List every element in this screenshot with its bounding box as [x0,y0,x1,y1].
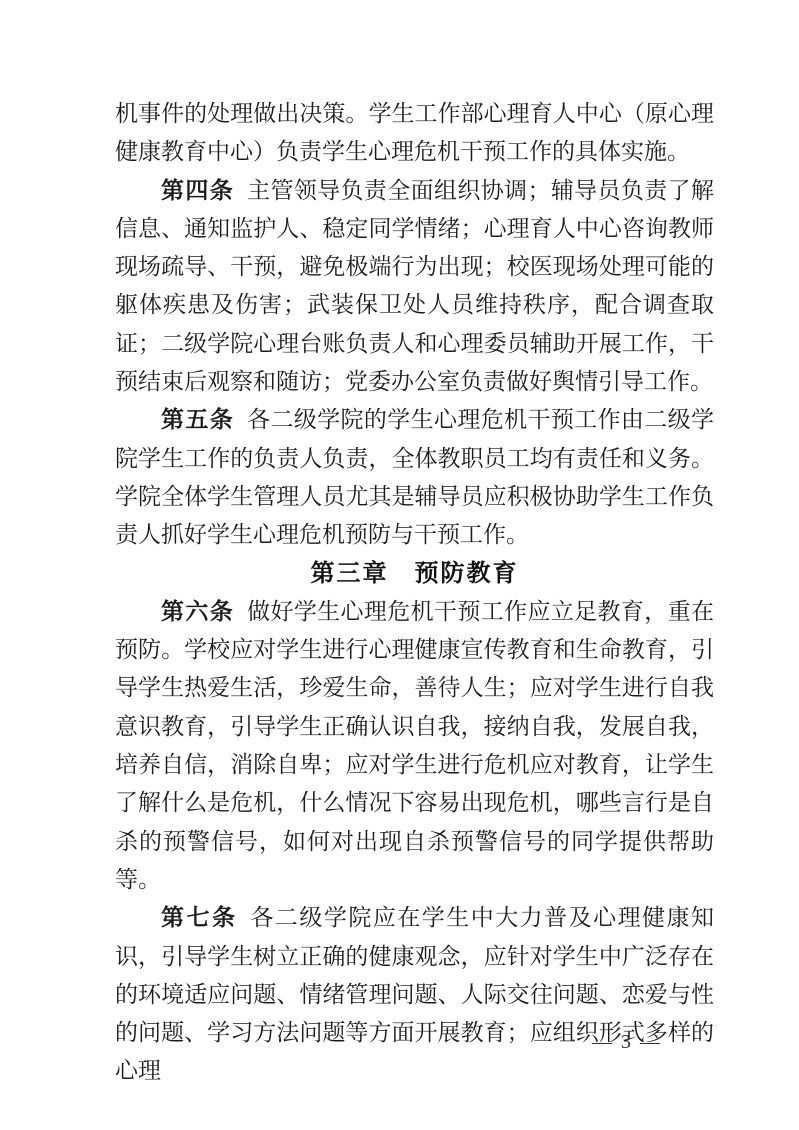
article-4-label: 第四条 [161,178,234,203]
article-5-label: 第五条 [161,407,234,432]
paragraph-article-4: 第四条主管领导负责全面组织协调；辅导员负责了解信息、通知监护人、稳定同学情绪；心… [115,172,714,402]
article-7-label: 第七条 [161,905,237,930]
paragraph-text: 做好学生心理危机干预工作应立足教育，重在预防。学校应对学生进行心理健康宣传教育和… [115,599,714,892]
paragraph-text: 各二级学院应在学生中大力普及心理健康知识，引导学生树立正确的健康观念，应针对学生… [115,905,714,1083]
paragraph-text: 主管领导负责全面组织协调；辅导员负责了解信息、通知监护人、稳定同学情绪；心理育人… [115,178,714,394]
paragraph-article-7: 第七条各二级学院应在学生中大力普及心理健康知识，引导学生树立正确的健康观念，应针… [115,899,714,1090]
paragraph-article-6: 第六条做好学生心理危机干预工作应立足教育，重在预防。学校应对学生进行心理健康宣传… [115,593,714,899]
chapter-heading: 第三章 预防教育 [115,555,714,593]
paragraph-article-5: 第五条各二级学院的学生心理危机干预工作由二级学院学生工作的负责人负责，全体教职员… [115,401,714,554]
paragraph-continuation: 机事件的处理做出决策。学生工作部心理育人中心（原心理健康教育中心）负责学生心理危… [115,95,714,172]
article-6-label: 第六条 [161,599,234,624]
page-number: — 3 — [588,1031,666,1054]
document-body: 机事件的处理做出决策。学生工作部心理育人中心（原心理健康教育中心）负责学生心理危… [115,95,714,1091]
paragraph-text: 机事件的处理做出决策。学生工作部心理育人中心（原心理健康教育中心）负责学生心理危… [115,101,714,164]
document-page: 机事件的处理做出决策。学生工作部心理育人中心（原心理健康教育中心）负责学生心理危… [0,0,799,1130]
